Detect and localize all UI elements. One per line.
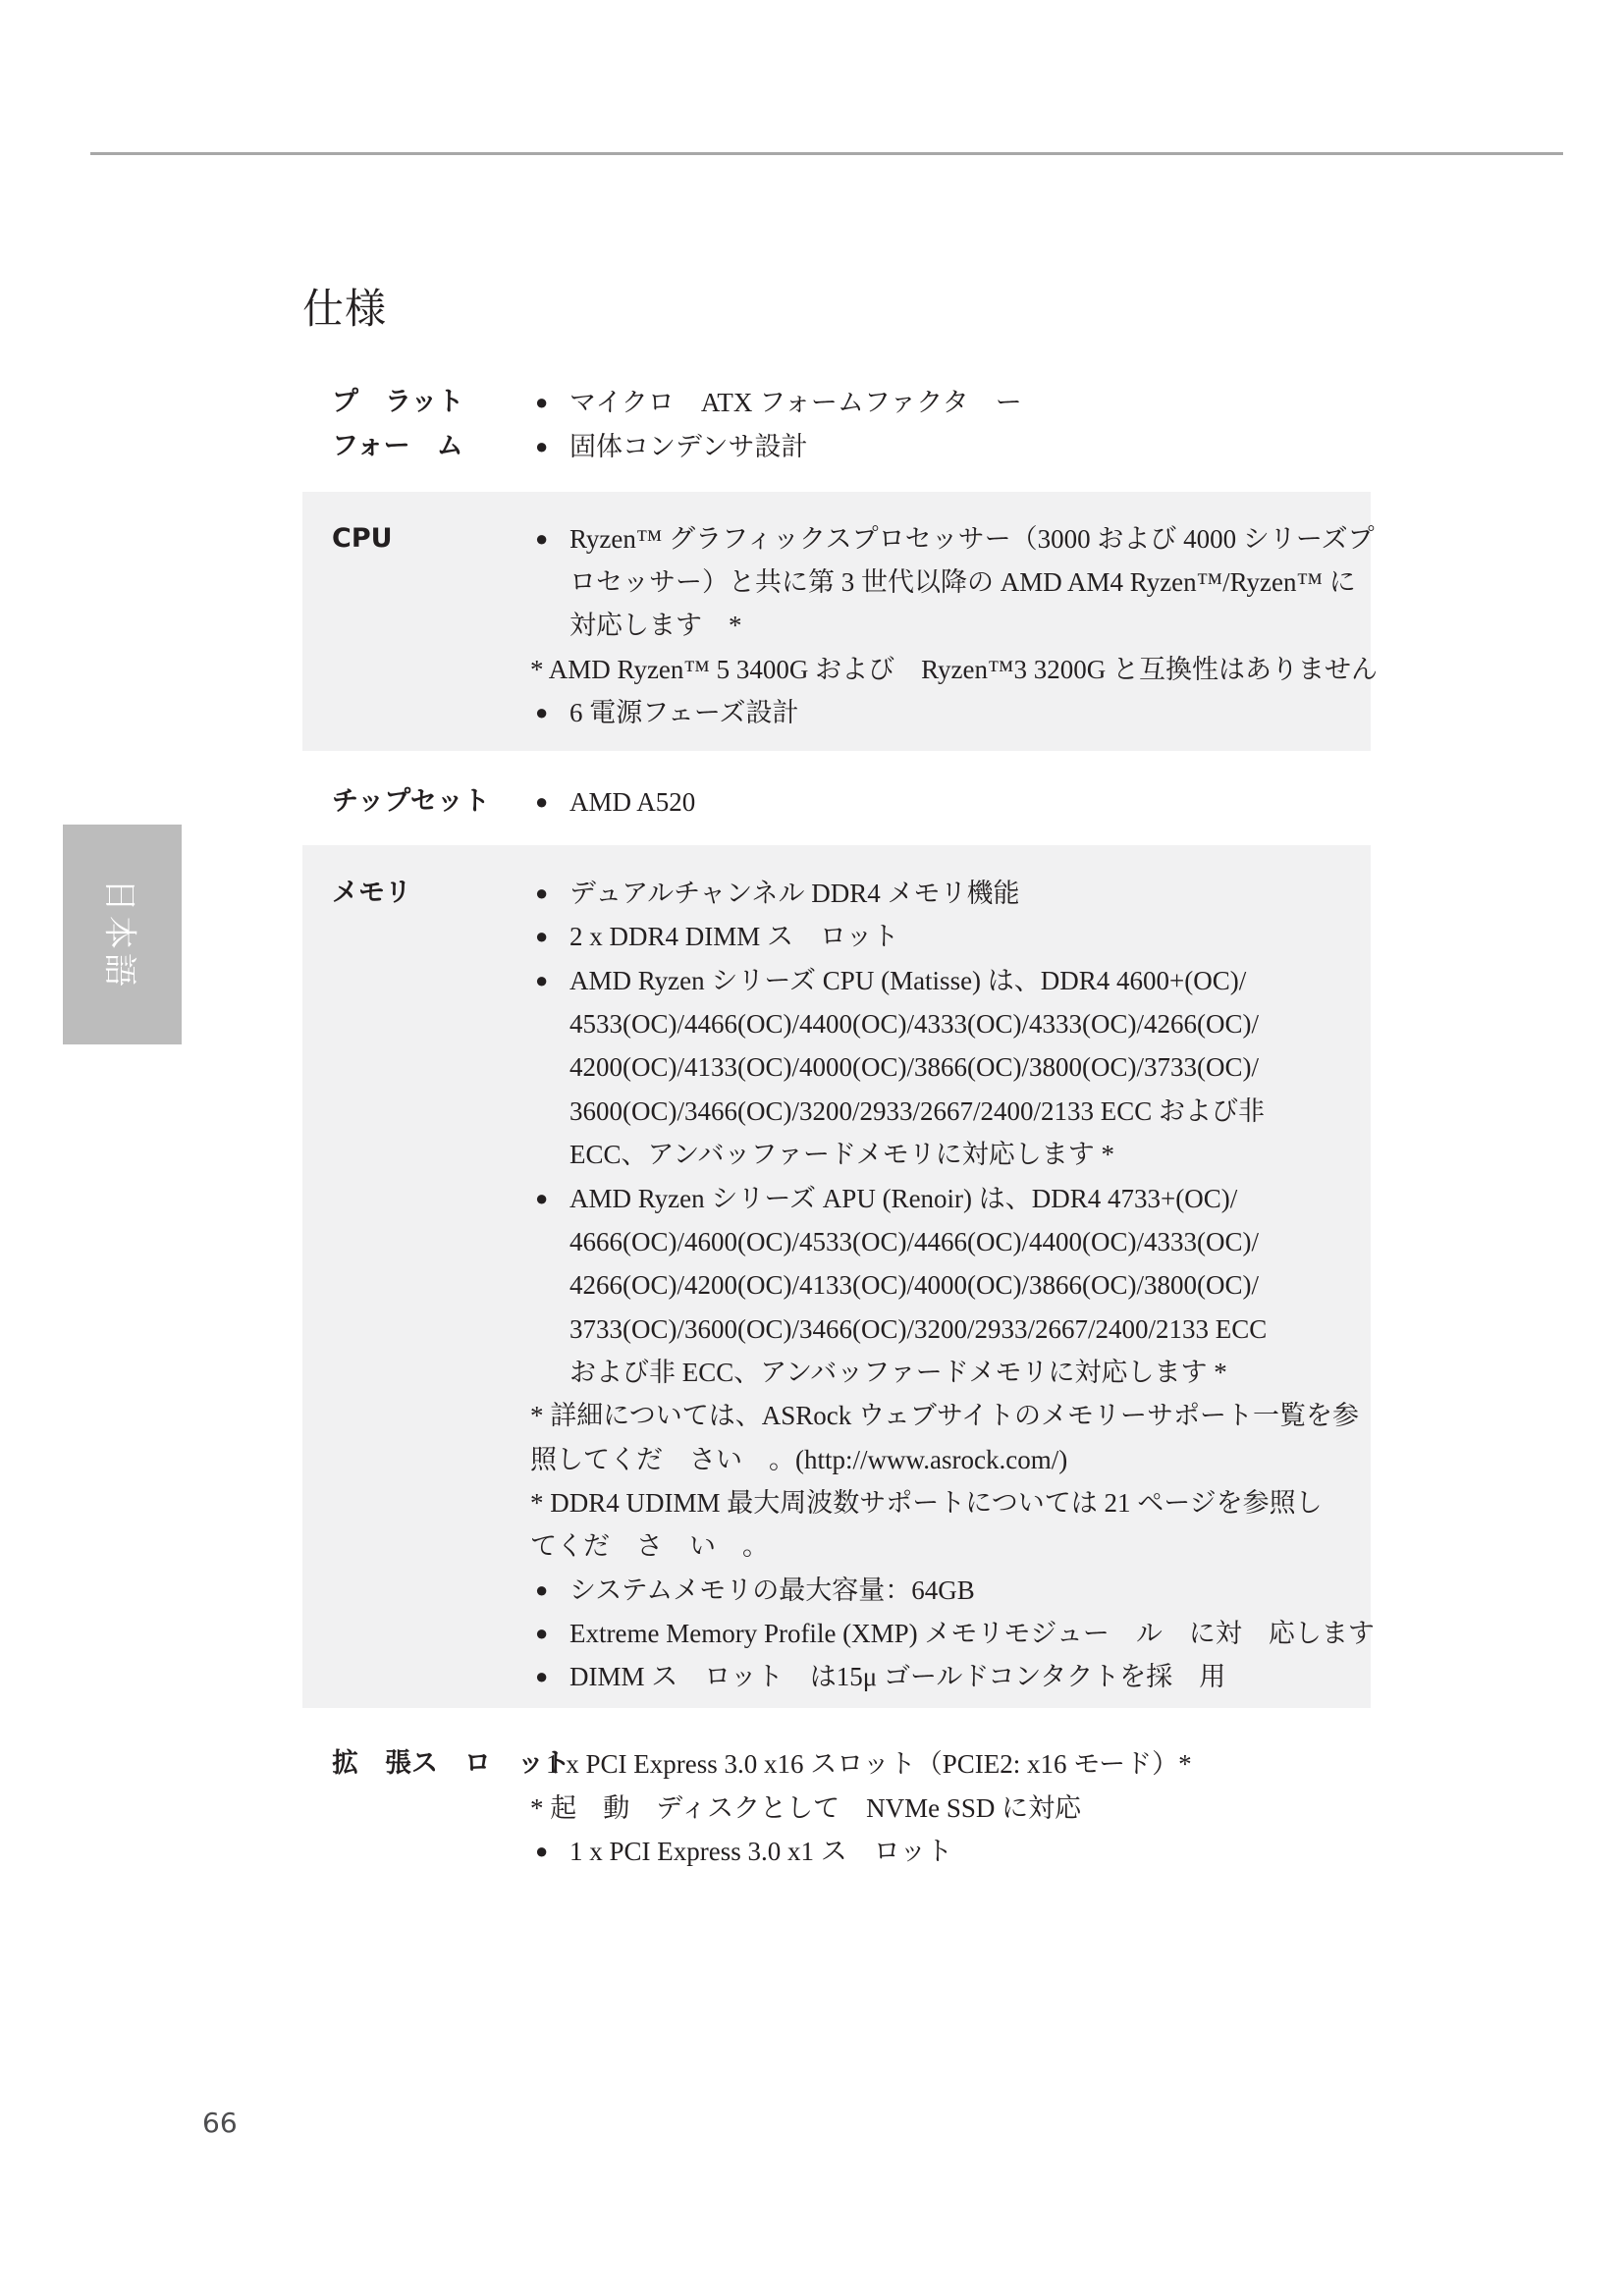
page-number: 66 bbox=[202, 2107, 238, 2139]
memory-footnote: てくだ さ い 。 bbox=[530, 1524, 769, 1568]
memory-footnote: * DDR4 UDIMM 最大周波数サポートについては 21 ページを参照し bbox=[530, 1481, 1323, 1524]
page-title: 仕様 bbox=[302, 277, 387, 336]
memory-line: 3733(OC)/3600(OC)/3466(OC)/3200/2933/266… bbox=[569, 1308, 1267, 1351]
cpu-footnote: * AMD Ryzen™ 5 3400G および Ryzen™3 3200G と… bbox=[530, 648, 1378, 691]
language-side-tab: 日本語 bbox=[63, 825, 182, 1044]
expansion-label: 拡 張ス ロ ット bbox=[332, 1742, 570, 1786]
memory-footnote: * 詳細については、ASRock ウェブサイトのメモリーサポート一覧を参 bbox=[530, 1394, 1359, 1437]
memory-line: 2 x DDR4 DIMM ス ロット bbox=[569, 915, 898, 958]
memory-line: DIMM ス ロット は15μ ゴールドコンタクトを採 用 bbox=[569, 1655, 1225, 1698]
bullet-icon: ● bbox=[535, 959, 548, 1002]
cpu-line: 対応します * bbox=[569, 604, 742, 647]
cpu-line: Ryzen™ グラフィックスプロセッサー（3000 および 4000 シリーズプ bbox=[569, 517, 1375, 561]
language-tab-label: 日本語 bbox=[98, 879, 146, 990]
memory-line: ECC、アンバッファードメモリに対応します * bbox=[569, 1133, 1114, 1176]
bullet-icon: ● bbox=[535, 691, 548, 734]
memory-footnote: 照してくだ さい 。(http://www.asrock.com/) bbox=[530, 1438, 1067, 1481]
memory-line: システムメモリの最大容量：64GB bbox=[569, 1569, 975, 1612]
memory-line: AMD Ryzen シリーズ APU (Renoir) は、DDR4 4733+… bbox=[569, 1177, 1237, 1220]
bullet-icon: ● bbox=[535, 780, 548, 824]
bullet-icon: ● bbox=[535, 1177, 548, 1220]
memory-line: AMD Ryzen シリーズ CPU (Matisse) は、DDR4 4600… bbox=[569, 959, 1246, 1002]
memory-line: および非 ECC、アンバッファードメモリに対応します * bbox=[569, 1351, 1227, 1394]
memory-line: デュアルチャンネル DDR4 メモリ機能 bbox=[569, 872, 1020, 915]
expansion-footnote: * 起 動 ディスクとして NVMe SSD に対応 bbox=[530, 1787, 1081, 1830]
memory-line: 3600(OC)/3466(OC)/3200/2933/2667/2400/21… bbox=[569, 1090, 1265, 1133]
header-rule bbox=[90, 152, 1563, 155]
platform-item: 固体コンデンサ設計 bbox=[569, 425, 807, 468]
expansion-line: 1 x PCI Express 3.0 x1 ス ロット bbox=[569, 1830, 952, 1873]
memory-line: 4200(OC)/4133(OC)/4000(OC)/3866(OC)/3800… bbox=[569, 1045, 1259, 1089]
bullet-icon: ● bbox=[535, 381, 548, 424]
bullet-icon: ● bbox=[535, 872, 548, 915]
cpu-label: CPU bbox=[332, 517, 393, 561]
chipset-label: チップセット bbox=[332, 780, 490, 824]
platform-label-line1: プ ラット bbox=[332, 381, 463, 424]
memory-line: Extreme Memory Profile (XMP) メモリモジュー ル に… bbox=[569, 1612, 1375, 1655]
bullet-icon: ● bbox=[535, 517, 548, 561]
platform-item: マイクロ ATX フォームファクタ ー bbox=[569, 381, 1022, 424]
cpu-line: 6 電源フェーズ設計 bbox=[569, 691, 799, 734]
bullet-icon: ● bbox=[535, 1612, 548, 1655]
cpu-line: ロセッサー）と共に第 3 世代以降の AMD AM4 Ryzen™/Ryzen™… bbox=[569, 561, 1356, 604]
expansion-line: 1 x PCI Express 3.0 x16 スロット（PCIE2: x16 … bbox=[546, 1742, 1192, 1786]
platform-label-line2: フォー ム bbox=[332, 425, 463, 468]
memory-line: 4533(OC)/4466(OC)/4400(OC)/4333(OC)/4333… bbox=[569, 1002, 1259, 1045]
bullet-icon: ● bbox=[535, 1655, 548, 1698]
bullet-icon: ● bbox=[535, 1830, 548, 1873]
memory-label: メモリ bbox=[332, 872, 411, 915]
memory-line: 4266(OC)/4200(OC)/4133(OC)/4000(OC)/3866… bbox=[569, 1263, 1259, 1307]
chipset-item: AMD A520 bbox=[569, 780, 695, 824]
bullet-icon: ● bbox=[535, 915, 548, 958]
bullet-icon: ● bbox=[535, 1569, 548, 1612]
memory-line: 4666(OC)/4600(OC)/4533(OC)/4466(OC)/4400… bbox=[569, 1220, 1259, 1263]
bullet-icon: ● bbox=[535, 425, 548, 468]
